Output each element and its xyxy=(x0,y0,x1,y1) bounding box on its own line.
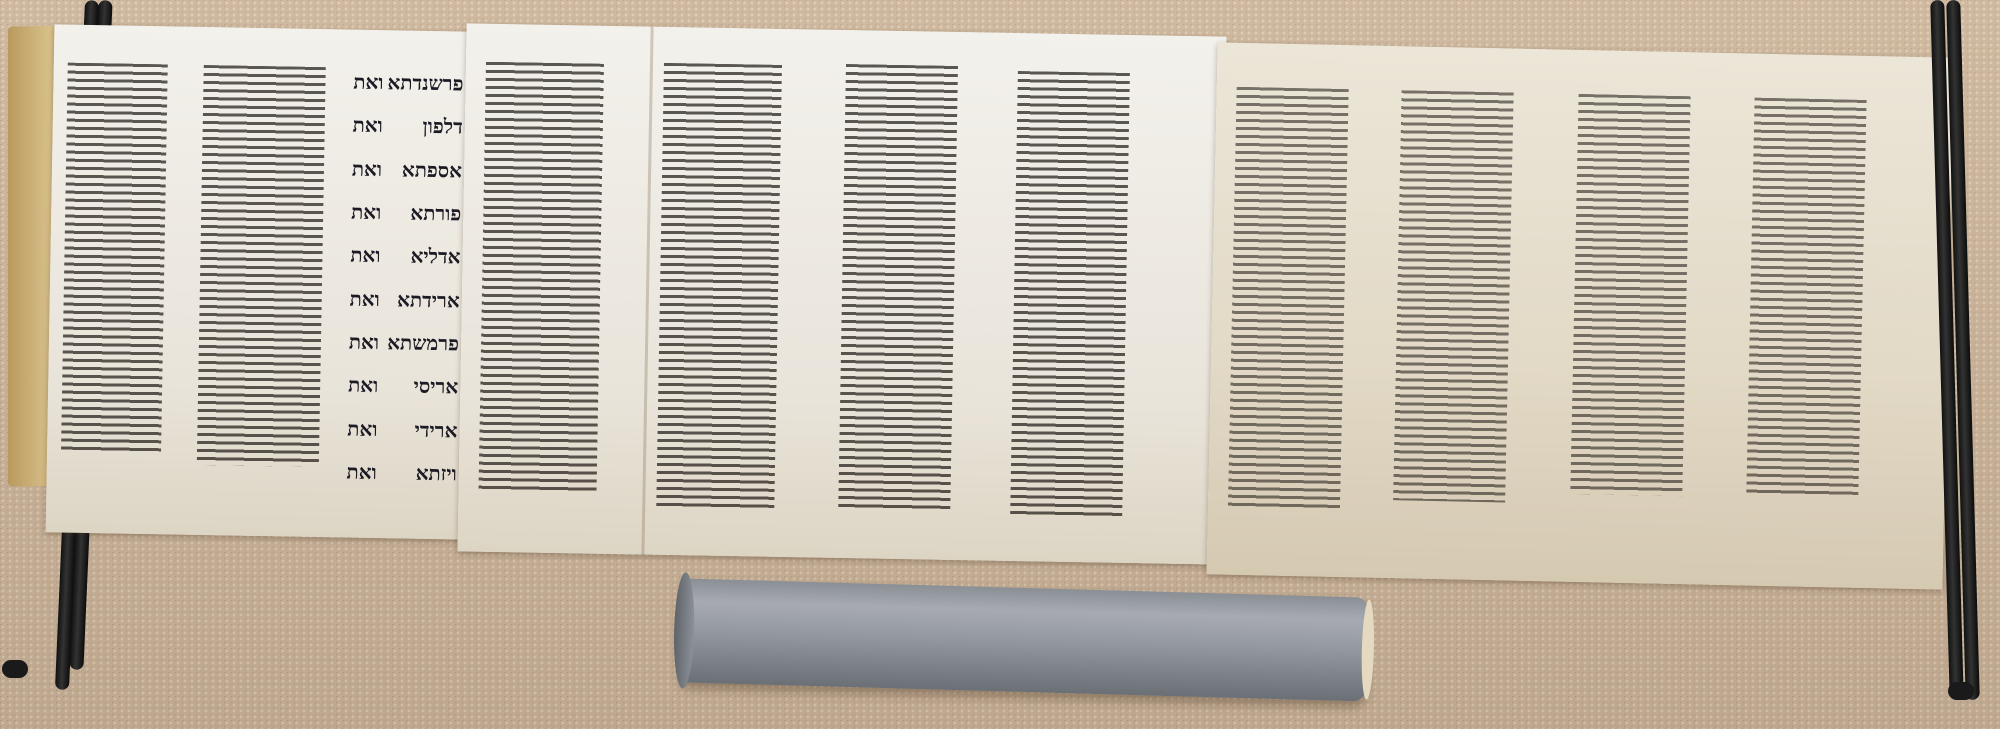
text-column xyxy=(1010,71,1130,519)
haman-son-row: אספתאואת xyxy=(342,158,462,180)
text-column xyxy=(61,63,168,453)
text-column xyxy=(197,65,326,467)
scroll-sheet-2 xyxy=(457,23,1226,564)
scroll-sheet-1: פרשנדתאואת דלפוןואת אספתאואת פורתאואת אד… xyxy=(46,24,475,539)
right-roller-cap xyxy=(1948,682,1974,700)
text-column xyxy=(1746,98,1866,496)
text-column xyxy=(1570,94,1690,496)
text-column xyxy=(1393,90,1514,502)
haman-son-row: ארידיואת xyxy=(337,418,457,440)
text-column xyxy=(656,63,782,509)
left-roller-cap xyxy=(2,660,28,678)
haman-son-row: פרשנדתאואת xyxy=(343,71,463,93)
metal-scroll-case xyxy=(681,578,1370,701)
haman-son-row: פורתאואת xyxy=(341,201,461,223)
text-column xyxy=(478,62,603,494)
haman-son-row: אריסיואת xyxy=(338,375,458,397)
haman-son-row: אדליאואת xyxy=(340,245,460,267)
text-column xyxy=(838,64,958,512)
sheet-seam xyxy=(641,27,653,555)
haman-son-row: ארידתאואת xyxy=(340,288,460,310)
haman-son-row: ויזתאואת xyxy=(337,461,457,483)
haman-son-row: פרמשתאואת xyxy=(339,331,459,353)
haman-son-row: דלפוןואת xyxy=(343,115,463,137)
scroll-sheet-3 xyxy=(1207,42,1954,589)
text-column xyxy=(1228,87,1349,509)
haman-sons-column: פרשנדתאואת דלפוןואת אספתאואת פורתאואת אד… xyxy=(337,71,464,483)
